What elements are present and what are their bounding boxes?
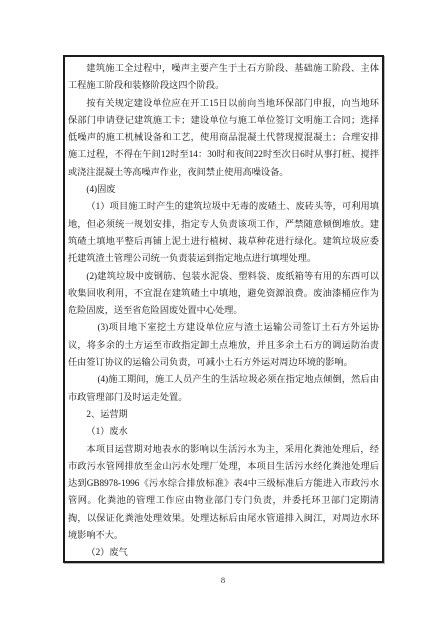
heading-vehicle-exhaust: ①汽车尾气影响分析: [68, 562, 379, 563]
page-number: 8: [0, 574, 446, 586]
heading-operation-period: 2、运营期: [68, 406, 379, 423]
paragraph-solid-waste-2: (2)建筑垃圾中废钢筋、包装水泥袋、塑料袋、废纸箱等有用的东西可以收集回收利用，…: [68, 268, 379, 320]
paragraph-noise-stages: 建筑施工全过程中，噪声主要产生于土石方阶段、基础施工阶段、主体工程施工阶段和装修…: [68, 60, 379, 95]
paragraph-solid-waste-3: (3)项目地下室挖土方建设单位应与渣土运输公司签订土石方外运协议，将多余的土方运…: [68, 319, 379, 371]
paragraph-solid-waste-1: （1）项目施工时产生的建筑垃圾中无毒的废碴土、废砖头等，可利用填地，但必须统一规…: [68, 198, 379, 267]
paragraph-noise-regulations: 按有关规定建设单位应在开工15日以前向当地环保部门申报，向当地环保部门申请登记建…: [68, 95, 379, 181]
report-table-cell: 建筑施工全过程中，噪声主要产生于土石方阶段、基础施工阶段、主体工程施工阶段和装修…: [63, 55, 384, 563]
paragraph-wastewater: 本项目运营期对地表水的影响以生活污水为主，采用化粪池处理后，经市政污水管网排放至…: [68, 441, 379, 545]
heading-solid-waste: (4)固废: [68, 181, 379, 198]
heading-wastewater: （1）废水: [68, 423, 379, 440]
heading-waste-gas: （2）废气: [68, 544, 379, 561]
document-page: 建筑施工全过程中，噪声主要产生于土石方阶段、基础施工阶段、主体工程施工阶段和装修…: [0, 0, 446, 630]
paragraph-solid-waste-4: (4)施工期间，施工人员产生的生活垃圾必须在指定地点倾倒，然后由市政管理部门及时…: [68, 371, 379, 406]
